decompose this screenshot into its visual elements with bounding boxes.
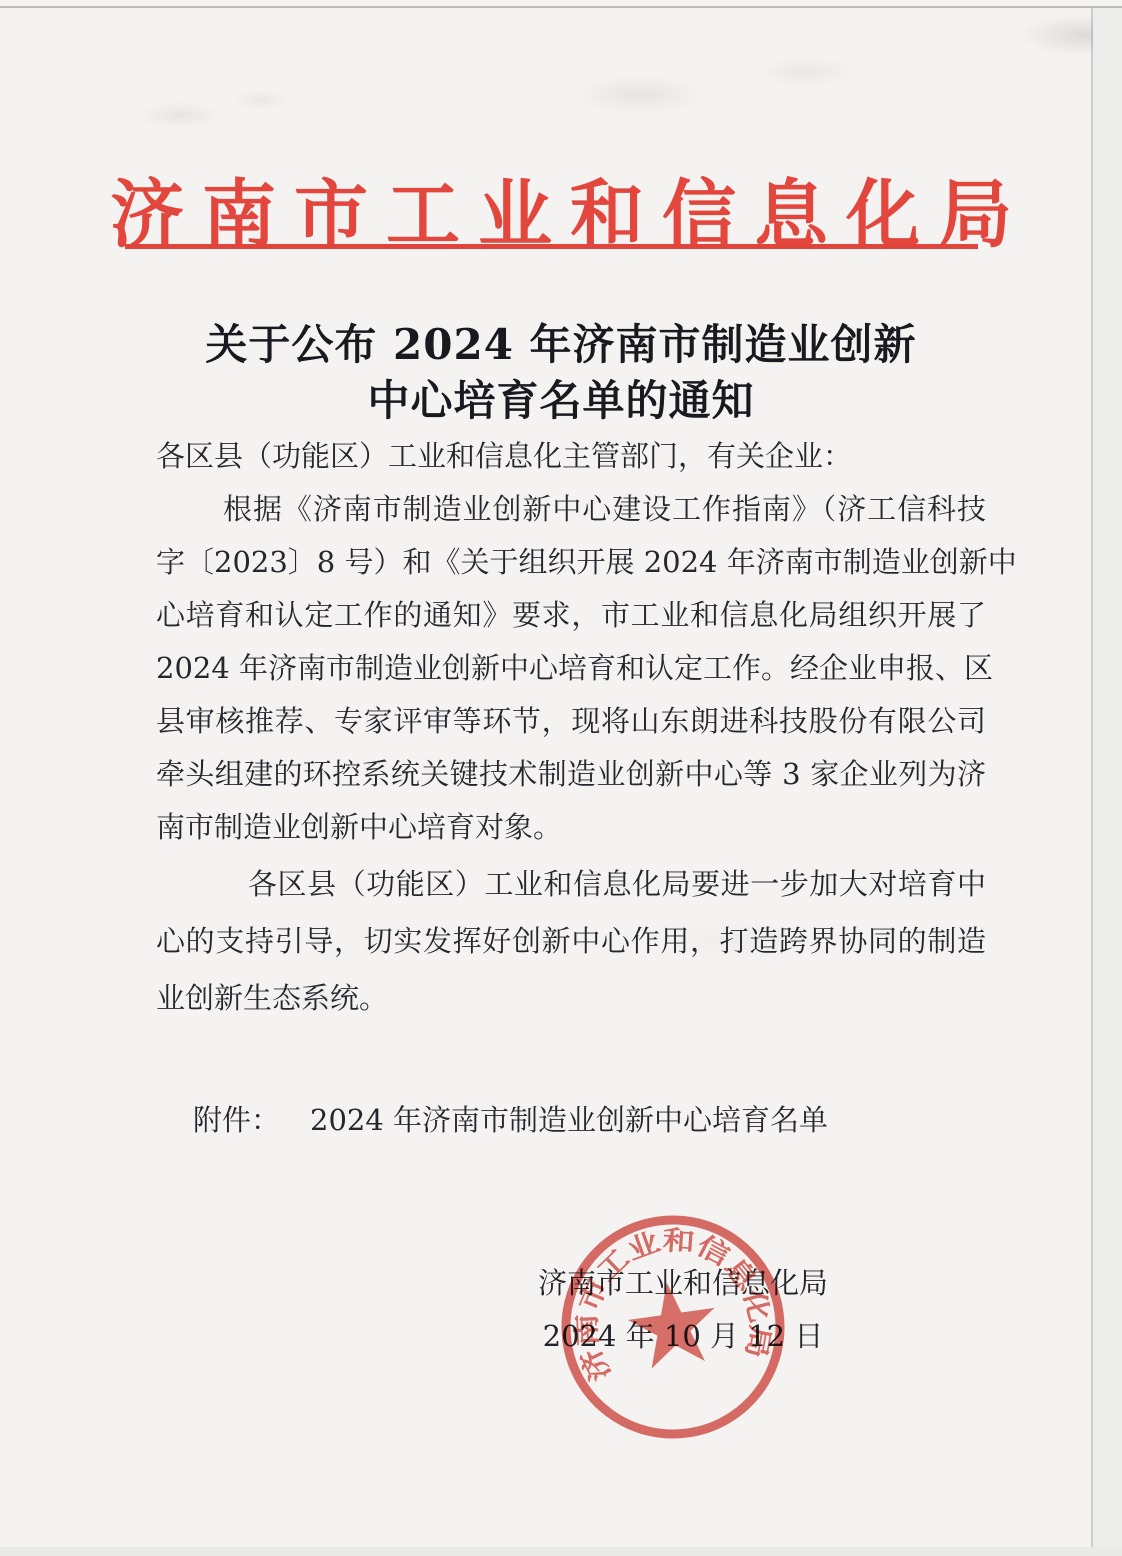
seal-star-icon [623, 1276, 721, 1371]
paragraph1-line: 心培育和认定工作的通知》要求，市工业和信息化局组织开展了 [156, 589, 986, 642]
masthead-rule [125, 244, 978, 249]
paragraph1-line: 南市制造业创新中心培育对象。 [156, 801, 986, 854]
salutation-line: 各区县（功能区）工业和信息化主管部门，有关企业： [156, 430, 986, 483]
document-title: 关于公布 2024 年济南市制造业创新 中心培育名单的通知 [0, 317, 1122, 429]
scan-edge-bottom [0, 1547, 1122, 1556]
document-title-line-1: 关于公布 2024 年济南市制造业创新 [0, 317, 1122, 373]
paragraph1-line: 2024 年济南市制造业创新中心培育和认定工作。经企业申报、区 [156, 642, 986, 695]
official-seal-graphic: 济南市工业和信息化局 [524, 1178, 822, 1476]
attachment-title: 2024 年济南市制造业创新中心培育名单 [310, 1103, 828, 1137]
paragraph1-line: 字〔2023〕8 号）和《关于组织开展 2024 年济南市制造业创新中 [156, 536, 986, 589]
paragraph2-line: 业创新生态系统。 [156, 970, 986, 1027]
official-seal: 济南市工业和信息化局 [524, 1178, 822, 1476]
paragraph1-line: 根据《济南市制造业创新中心建设工作指南》（济工信科技 [156, 483, 986, 536]
scanned-document-page: 济南市工业和信息化局 关于公布 2024 年济南市制造业创新 中心培育名单的通知… [0, 0, 1122, 1556]
attachment-label: 附件： [193, 1103, 280, 1137]
scan-edge-top [0, 6, 1122, 8]
paragraph2-line: 各区县（功能区）工业和信息化局要进一步加大对培育中 [156, 856, 986, 913]
paragraph1-line: 牵头组建的环控系统关键技术制造业创新中心等 3 家企业列为济 [156, 748, 986, 801]
document-title-line-2: 中心培育名单的通知 [0, 373, 1122, 429]
attachment-line: 附件：2024 年济南市制造业创新中心培育名单 [156, 1100, 1023, 1140]
document-body: 各区县（功能区）工业和信息化主管部门，有关企业： 根据《济南市制造业创新中心建设… [156, 430, 986, 1027]
paragraph2-line: 心的支持引导，切实发挥好创新中心作用，打造跨界协同的制造 [156, 913, 986, 970]
paragraph1-line: 县审核推荐、专家评审等环节，现将山东朗进科技股份有限公司 [156, 695, 986, 748]
